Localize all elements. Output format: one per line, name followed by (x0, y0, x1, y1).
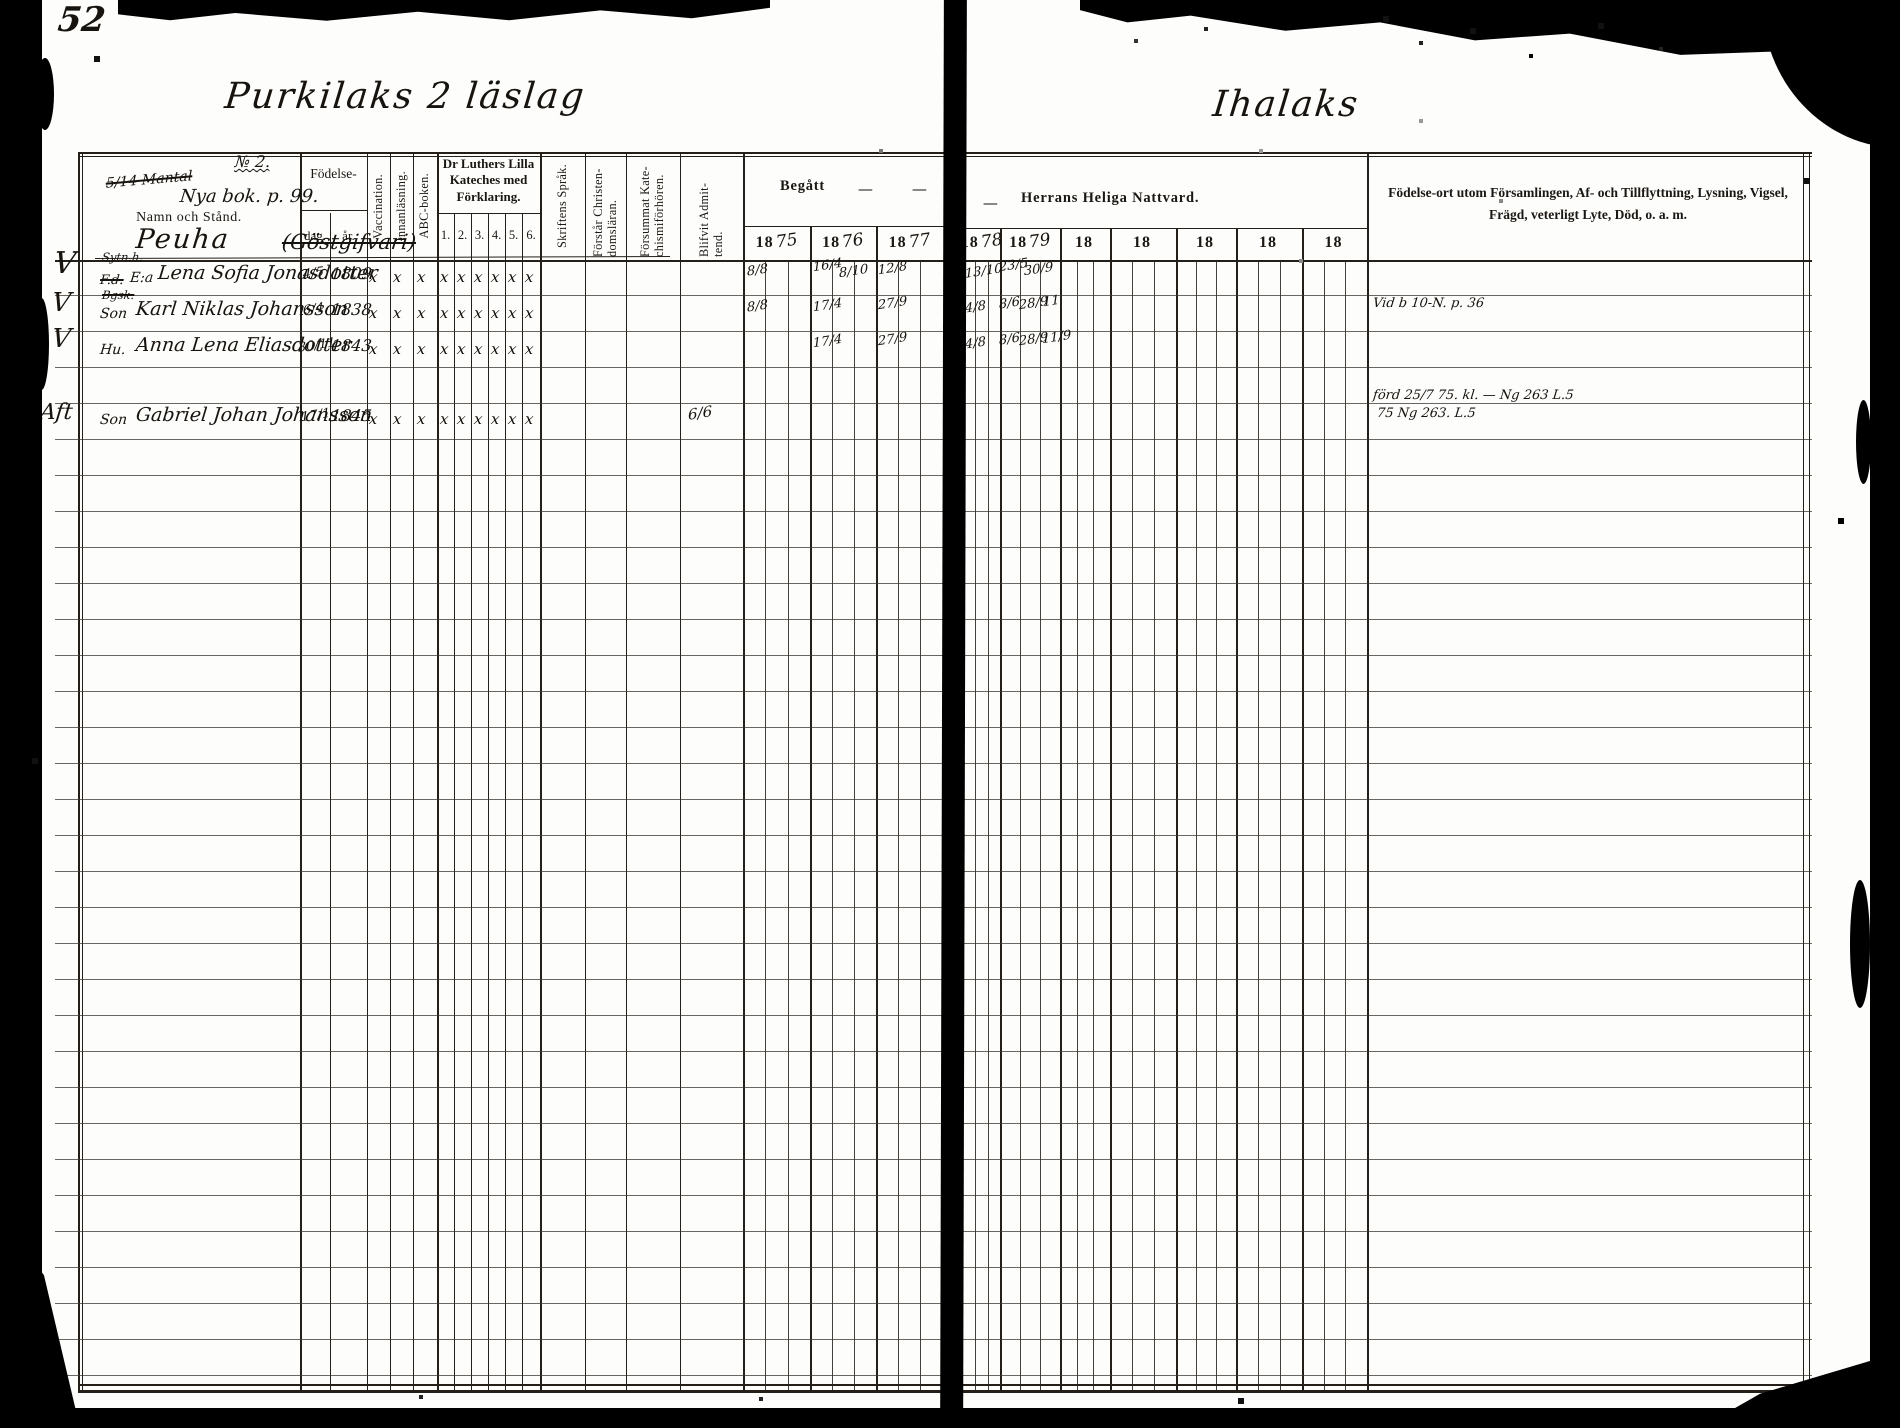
row-margin-mark: V (50, 288, 72, 318)
book-annotation: Nya bok. p. 99. (179, 186, 320, 207)
rule-line (78, 1390, 945, 1393)
year-header-blank: 18 (1176, 230, 1236, 256)
row-ruling (55, 260, 945, 1386)
rule-line (78, 152, 945, 154)
rule-line (437, 213, 540, 214)
communion-header-dash: — (857, 180, 874, 198)
row-note: förd 25/7 75. kl. — Ng 263 L.5 (1372, 388, 1574, 403)
year-header-1879: 1879 (1000, 230, 1060, 256)
admitted-column-header: Blifvit Admit- tend. (680, 154, 743, 258)
rule-line (963, 152, 1812, 154)
scan-edge-blob (36, 58, 54, 130)
birth-year: 1809 (330, 264, 373, 283)
rule-line (78, 1384, 945, 1386)
row-status-note: Sytn.h. (101, 250, 144, 264)
communion-header-nattvard: Herrans Heliga Nattvard. (1021, 190, 1199, 207)
scan-edge-blob (1856, 400, 1871, 484)
rule-line (963, 1390, 1812, 1393)
year-header-1877: 1877 (876, 230, 943, 256)
year-header-blank: 18 (1060, 230, 1110, 256)
right-page: Ihalaks — Herrans Heliga Nattvard. 1878 … (963, 0, 1872, 1410)
year-header-1878: 1878 (963, 230, 1000, 256)
row-prefix: Son (99, 306, 128, 322)
row-prefix-struck: F.d. (99, 273, 124, 288)
scan-edge-right (1870, 0, 1900, 1428)
page-number: 52 (56, 0, 108, 40)
abc-book-column-header: ABC-boken. (413, 154, 437, 258)
left-page: Purkilaks 2 läslag № 2. 5/14 Mantal Nya … (40, 0, 945, 1410)
notes-column-header: Födelse-ort utom Församlingen, Af- och T… (1373, 182, 1803, 227)
rule-line (300, 210, 367, 211)
row-prefix: E:a (129, 270, 154, 286)
village-heading-struck: (Göstgifvari) (281, 230, 418, 254)
row-margin-mark: V (52, 246, 77, 281)
rule-line (963, 156, 1812, 157)
catechism-subcol-4: 4. (488, 228, 505, 243)
catechism-subcol-1: 1. (437, 228, 454, 243)
rule-line (963, 1384, 1812, 1386)
row-status-note: Bgsk. (101, 288, 135, 302)
year-header-blank: 18 (1236, 230, 1302, 256)
row-prefix: Hu. (99, 342, 126, 358)
year-header-1875: 1875 (743, 230, 810, 256)
right-page-title: Ihalaks (1211, 84, 1361, 125)
row-note: Vid b 10-N. p. 36 (1372, 296, 1485, 311)
birth-year: 1838 (330, 300, 373, 319)
catechism-subcol-2: 2. (454, 228, 471, 243)
catechism-subcol-3: 3. (471, 228, 488, 243)
rule-line (963, 228, 1367, 229)
year-header-blank: 18 (1110, 230, 1176, 256)
scan-edge-blob (1850, 880, 1870, 1008)
understands-column-header: Förstår Christen- domsläran. (585, 154, 626, 258)
row-margin-mark: Aft (39, 400, 74, 425)
birth-year: 1843 (330, 336, 373, 355)
book-gutter-shadow (940, 0, 967, 1428)
rule-line (963, 260, 1812, 262)
row-prefix: Son (99, 412, 128, 428)
scripture-column-header: Skriftens Språk. (540, 154, 585, 258)
missed-column-header: Försummat Kate- chismiförhören. (626, 154, 680, 258)
scan-edge-blob (34, 298, 49, 390)
village-heading: Peuha (134, 224, 231, 255)
scan-edge-left (0, 0, 42, 1428)
communion-header-dash: — (911, 180, 928, 198)
row-ruling (963, 260, 1812, 1386)
row-margin-mark: V (50, 324, 72, 354)
birth-column-header: Födelse- (300, 166, 367, 182)
ink-speckles (0, 0, 2, 2)
catechism-subcol-5: 5. (505, 228, 522, 243)
communion-header-begatt: Begått (780, 178, 825, 195)
birth-year: 1845 (330, 406, 373, 425)
number-annotation: № 2. (234, 152, 271, 171)
admitted-date: 6/6 (687, 402, 712, 424)
catechism-subcol-6: 6. (522, 228, 540, 243)
left-page-title: Purkilaks 2 läslag (223, 76, 588, 117)
communion-header-dash: — (982, 194, 999, 212)
year-header-1876: 1876 (810, 230, 876, 256)
rule-line (743, 226, 945, 227)
catechism-column-header: Dr Luthers Lilla Kateches med Förklaring… (438, 156, 539, 205)
row-note: 75 Ng 263. L.5 (1376, 406, 1476, 421)
scanned-parish-register: { "scan": { "page_number": "52" }, "left… (0, 0, 1900, 1428)
communion-date-1879: 11 (1043, 293, 1060, 310)
year-header-blank: 18 (1302, 230, 1367, 256)
